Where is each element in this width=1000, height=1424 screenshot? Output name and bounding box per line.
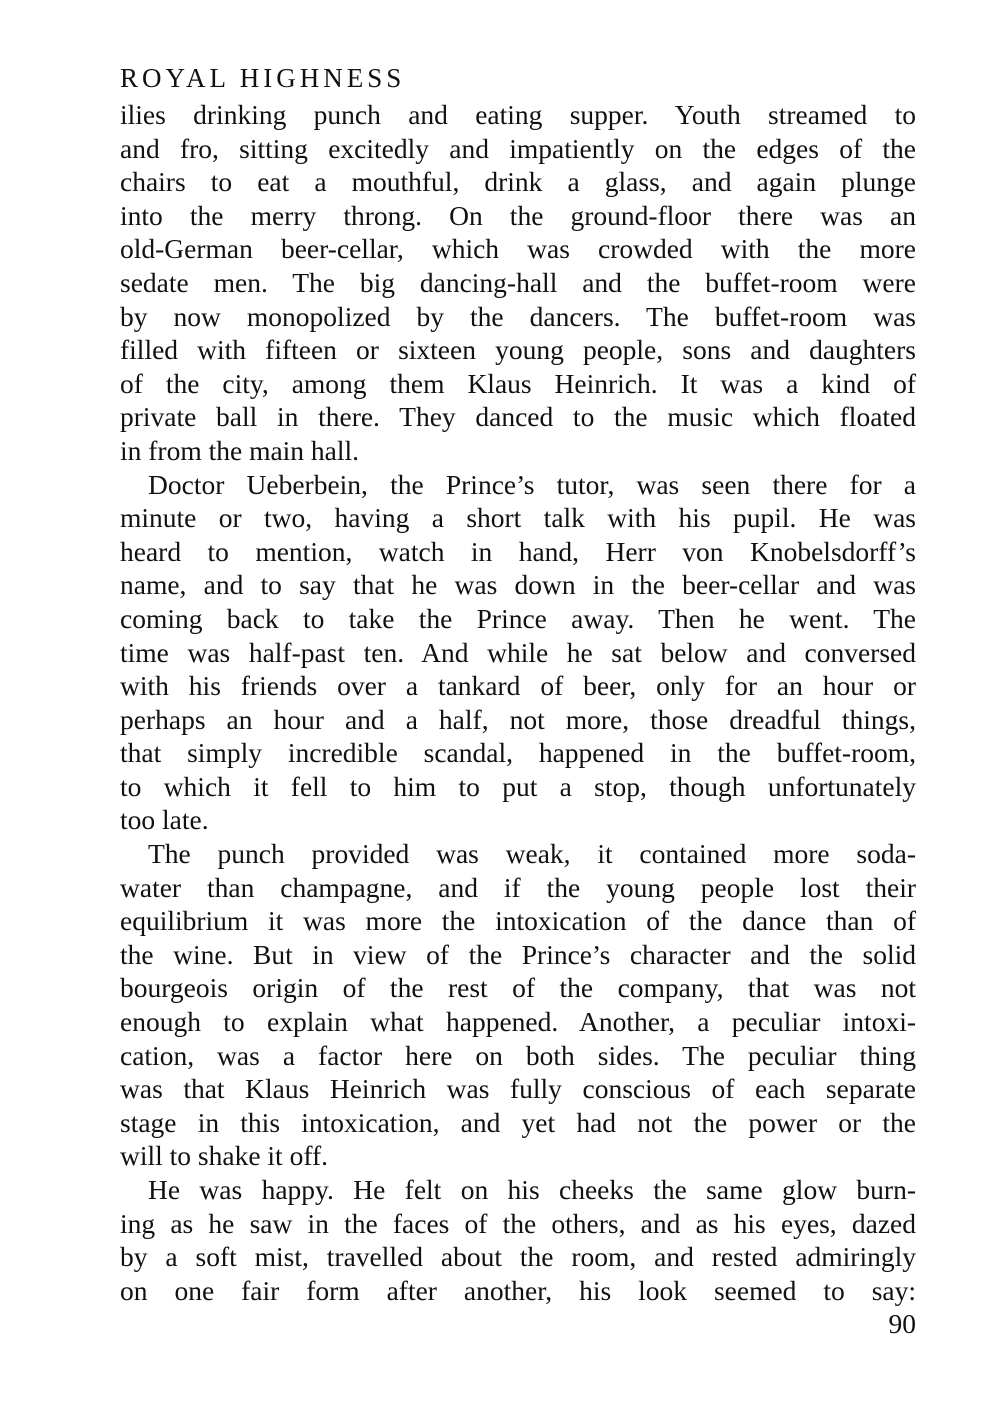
text-line: He was happy. He felt on his cheeks the … <box>120 1173 916 1207</box>
text-line: ilies drinking punch and eating supper. … <box>120 98 916 132</box>
text-line: name, and to say that he was down in the… <box>120 568 916 602</box>
text-line: of the city, among them Klaus Heinrich. … <box>120 367 916 401</box>
text-line: private ball in there. They danced to th… <box>120 400 916 434</box>
paragraph: He was happy. He felt on his cheeks the … <box>120 1173 916 1307</box>
text-line: equilibrium it was more the intoxication… <box>120 904 916 938</box>
text-line: that simply incredible scandal, happened… <box>120 736 916 770</box>
text-line: Doctor Ueberbein, the Prince’s tutor, wa… <box>120 468 916 502</box>
text-line: on one fair form after another, his look… <box>120 1274 916 1308</box>
running-head: ROYAL HIGHNESS <box>120 58 916 98</box>
text-line: chairs to eat a mouthful, drink a glass,… <box>120 165 916 199</box>
text-line: in from the main hall. <box>120 434 916 468</box>
text-line: sedate men. The big dancing-hall and the… <box>120 266 916 300</box>
text-line: heard to mention, watch in hand, Herr vo… <box>120 535 916 569</box>
text-line: ing as he saw in the faces of the others… <box>120 1207 916 1241</box>
text-line: bourgeois origin of the rest of the comp… <box>120 971 916 1005</box>
paragraph: Doctor Ueberbein, the Prince’s tutor, wa… <box>120 468 916 838</box>
text-line: The punch provided was weak, it containe… <box>120 837 916 871</box>
text-line: by now monopolized by the dancers. The b… <box>120 300 916 334</box>
text-line: old-German beer-cellar, which was crowde… <box>120 232 916 266</box>
text-line: into the merry throng. On the ground-flo… <box>120 199 916 233</box>
text-line: cation, was a factor here on both sides.… <box>120 1039 916 1073</box>
text-line: time was half-past ten. And while he sat… <box>120 636 916 670</box>
paragraph: ilies drinking punch and eating supper. … <box>120 98 916 468</box>
text-line: with his friends over a tankard of beer,… <box>120 669 916 703</box>
paragraph: The punch provided was weak, it containe… <box>120 837 916 1173</box>
text-line: too late. <box>120 803 916 837</box>
text-line: the wine. But in view of the Prince’s ch… <box>120 938 916 972</box>
text-line: by a soft mist, travelled about the room… <box>120 1240 916 1274</box>
body-text: ilies drinking punch and eating supper. … <box>120 98 916 1307</box>
text-line: was that Klaus Heinrich was fully consci… <box>120 1072 916 1106</box>
text-line: and fro, sitting excitedly and impatient… <box>120 132 916 166</box>
text-line: will to shake it off. <box>120 1139 916 1173</box>
page-number: 90 <box>120 1307 916 1341</box>
book-page: ROYAL HIGHNESS ilies drinking punch and … <box>120 58 916 1341</box>
text-line: water than champagne, and if the young p… <box>120 871 916 905</box>
text-line: coming back to take the Prince away. The… <box>120 602 916 636</box>
text-line: to which it fell to him to put a stop, t… <box>120 770 916 804</box>
text-line: filled with fifteen or sixteen young peo… <box>120 333 916 367</box>
text-line: perhaps an hour and a half, not more, th… <box>120 703 916 737</box>
text-line: enough to explain what happened. Another… <box>120 1005 916 1039</box>
text-line: stage in this intoxication, and yet had … <box>120 1106 916 1140</box>
text-line: minute or two, having a short talk with … <box>120 501 916 535</box>
